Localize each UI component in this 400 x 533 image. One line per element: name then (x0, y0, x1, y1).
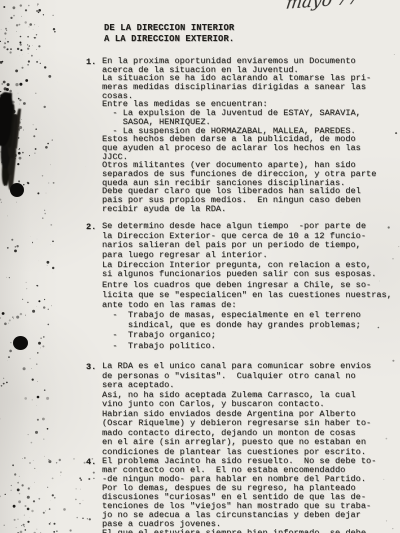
item-number: 2. (86, 222, 102, 232)
paragraph-block: - Trabajo politico. (102, 342, 216, 352)
text-line: meras medidas disciplinarias dirigidas a… (102, 83, 376, 92)
item-number: 1. (86, 57, 102, 67)
paragraph-block: En la proxima oportunidad enviaremos un … (102, 57, 376, 213)
item-number: 4. (86, 457, 102, 467)
text-line: si algunos funcionarios pueden salir con… (102, 270, 376, 280)
text-line: recibir ayuda de la RDA. (102, 205, 376, 214)
paragraph-block: La RDA es el unico canal para comunicar … (102, 362, 371, 457)
text-line: - Trabajo organico; (102, 331, 216, 341)
paragraph-block: Entre los cuadros que deben ingresar a C… (102, 281, 392, 330)
item-number: 3. (86, 362, 102, 372)
text-line: que ayuden al proceso de aclarar los hec… (102, 144, 376, 153)
title-line: DE LA DIRECCION INTERIOR (104, 23, 234, 34)
text-line: - Trabajo politico. (102, 342, 216, 352)
paragraph-block: Se determino desde hace algun tiempo -po… (102, 222, 376, 280)
typewritten-text-layer: DE LA DIRECCION INTERIORA LA DIRECCION E… (0, 0, 400, 533)
document-title: DE LA DIRECCION INTERIORA LA DIRECCION E… (104, 23, 234, 46)
scanned-document-page: mayo 77 DE LA DIRECCION INTERIORA LA DIR… (0, 0, 400, 533)
paragraph-block: - Trabajo organico; (102, 331, 216, 341)
title-line: A LA DIRECCION EXTERIOR. (104, 34, 234, 45)
paragraph-block: El problema Jacinto ha sido resuelto. No… (102, 457, 376, 533)
text-line: El que el estuviera siempre bien informa… (102, 529, 376, 533)
text-line: sindical, que es donde hay grandes probl… (102, 321, 392, 331)
